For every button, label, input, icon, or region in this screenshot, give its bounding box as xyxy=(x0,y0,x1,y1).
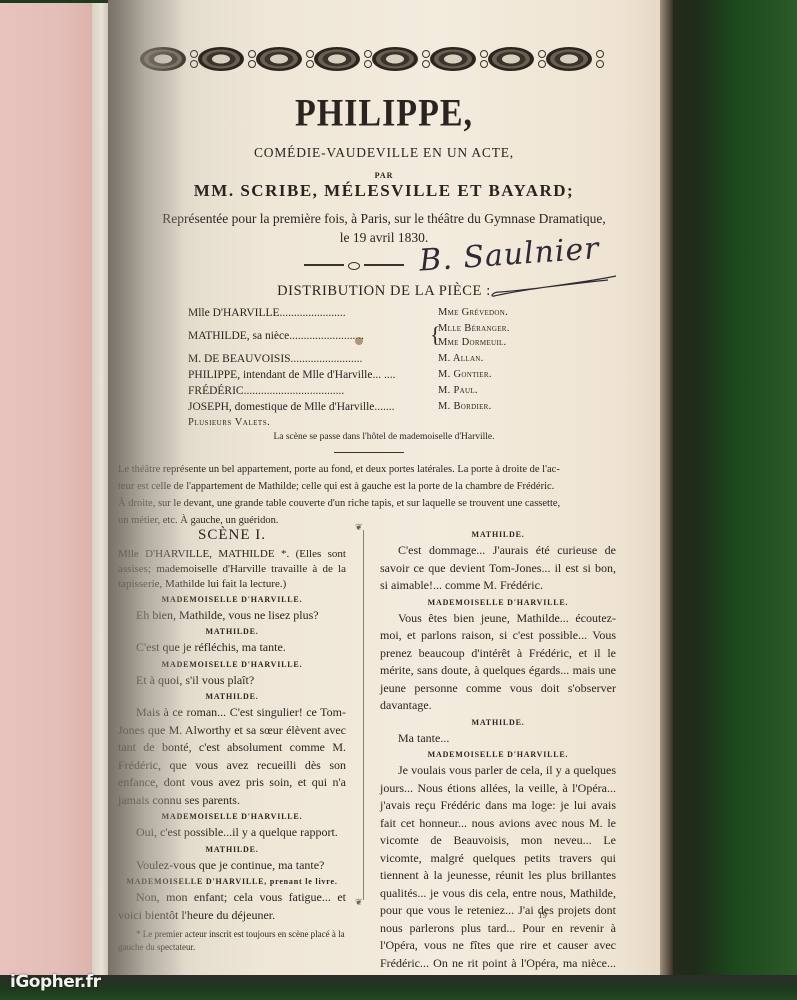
ornament-unit xyxy=(430,47,488,71)
ink-stain xyxy=(355,337,363,345)
speaker-name: MATHILDE. xyxy=(118,690,346,703)
footnote: * Le premier acteur inscrit est toujours… xyxy=(118,928,346,954)
column-ornament: ❦ xyxy=(355,897,363,908)
speaker-name: MADEMOISELLE D'HARVILLE. xyxy=(118,658,346,671)
speaker-name: MATHILDE. xyxy=(380,716,616,729)
speaker-name: MADEMOISELLE D'HARVILLE. xyxy=(380,596,616,609)
dialogue-line: Ma tante... xyxy=(380,730,616,748)
watermark: iGopher.fr xyxy=(10,972,100,992)
dialogue-line: C'est que je réfléchis, ma tante. xyxy=(118,639,346,657)
binding-strip xyxy=(92,3,108,978)
cast-role: Mlle D'HARVILLE....................... xyxy=(188,305,346,321)
par-label: PAR xyxy=(108,171,660,180)
cast-actor: M. Allan. xyxy=(438,351,484,367)
speaker-name: MADEMOISELLE D'HARVILLE, prenant le livr… xyxy=(118,875,346,888)
cast-role: M. DE BEAUVOISIS........................… xyxy=(188,351,362,367)
scene-heading: SCÈNE I. xyxy=(118,527,346,545)
dialogue-line: Mais à ce roman... C'est singulier! ce T… xyxy=(118,704,346,809)
cast-role: MATHILDE, sa nièce......................… xyxy=(188,328,364,344)
authors: MM. SCRIBE, MÉLESVILLE ET BAYARD; xyxy=(108,181,660,201)
ornament-unit xyxy=(546,47,604,71)
setting-line: teur est celle de l'appartement de Mathi… xyxy=(118,478,628,495)
book-page: PHILIPPE, COMÉDIE-VAUDEVILLE EN UN ACTE,… xyxy=(108,0,660,975)
cast-actor: M. Gontier. xyxy=(438,367,492,383)
cast-list: Mlle D'HARVILLE....................... M… xyxy=(188,305,628,431)
stage-setting: Le théâtre représente un bel appartement… xyxy=(118,461,628,529)
setting-line: À droite, sur le devant, une grande tabl… xyxy=(118,495,628,512)
ornament-unit xyxy=(256,47,314,71)
ornament-unit xyxy=(372,47,430,71)
header-ornament xyxy=(140,44,598,74)
cast-row: Plusieurs Valets. xyxy=(188,415,628,431)
ornament-unit xyxy=(140,47,198,71)
right-column: MATHILDE. C'est dommage... J'aurais été … xyxy=(380,527,616,975)
cast-actor: M. Paul. xyxy=(438,383,478,399)
dialogue-line: Oui, c'est possible...il y a quelque rap… xyxy=(118,824,346,842)
cast-role: JOSEPH, domestique de Mlle d'Harville...… xyxy=(188,399,395,415)
cast-row: JOSEPH, domestique de Mlle d'Harville...… xyxy=(188,399,628,415)
dialogue-line: C'est dommage... J'aurais été curieuse d… xyxy=(380,542,616,595)
dialogue-line: Non, mon enfant; cela vous fatigue... et… xyxy=(118,889,346,924)
cast-row: FRÉDÉRIC................................… xyxy=(188,383,628,399)
cast-row: M. DE BEAUVOISIS........................… xyxy=(188,351,628,367)
dialogue-line: Et à quoi, s'il vous plaît? xyxy=(118,672,346,690)
speaker-name: MADEMOISELLE D'HARVILLE. xyxy=(380,748,616,761)
column-divider xyxy=(363,530,364,900)
cast-role: FRÉDÉRIC................................… xyxy=(188,383,344,399)
setting-line: Le théâtre représente un bel appartement… xyxy=(118,461,628,478)
play-subtitle: COMÉDIE-VAUDEVILLE EN UN ACTE, xyxy=(108,145,660,161)
ornament-unit xyxy=(198,47,256,71)
cast-actor: M. Bordier. xyxy=(438,399,492,415)
page-number: 19 xyxy=(538,910,547,920)
cast-extras: Plusieurs Valets. xyxy=(188,415,270,431)
dialogue-line: Voulez-vous que je continue, ma tante? xyxy=(118,857,346,875)
pink-cover-board xyxy=(0,3,93,978)
cast-row: Mlle D'HARVILLE....................... M… xyxy=(188,305,628,321)
left-column: SCÈNE I. Mlle D'HARVILLE, MATHILDE *. (E… xyxy=(118,527,346,963)
performance-note: Représentée pour la première fois, à Par… xyxy=(108,211,660,227)
speaker-name: MADEMOISELLE D'HARVILLE. xyxy=(118,810,346,823)
cast-actor-alternate: Mme Dormeuil. xyxy=(438,335,506,351)
cast-row: MATHILDE, sa nièce......................… xyxy=(188,321,628,351)
play-title: PHILIPPE, xyxy=(108,92,660,136)
speaker-name: MATHILDE. xyxy=(118,625,346,638)
column-ornament: ❦ xyxy=(355,522,363,533)
bottom-table-edge xyxy=(0,975,797,1000)
fleuron-divider xyxy=(304,262,404,268)
stage-direction: Mlle D'HARVILLE, MATHILDE *. (Elles sont… xyxy=(118,547,346,592)
speaker-name: MADEMOISELLE D'HARVILLE. xyxy=(118,593,346,606)
section-rule xyxy=(334,452,404,453)
ornament-unit xyxy=(314,47,372,71)
ornament-unit xyxy=(488,47,546,71)
dialogue-line: Je voulais vous parler de cela, il y a q… xyxy=(380,762,616,975)
speaker-name: MATHILDE. xyxy=(380,528,616,541)
speaker-name: MATHILDE. xyxy=(118,843,346,856)
cast-role: PHILIPPE, intendant de Mlle d'Harville..… xyxy=(188,367,395,383)
photo-scene: PHILIPPE, COMÉDIE-VAUDEVILLE EN UN ACTE,… xyxy=(0,0,797,1000)
dialogue-line: Eh bien, Mathilde, vous ne lisez plus? xyxy=(118,607,346,625)
scene-location: La scène se passe dans l'hôtel de mademo… xyxy=(108,432,660,442)
distribution-title: DISTRIBUTION DE LA PIÈCE : xyxy=(108,283,660,300)
cast-actor: Mme Grévedon. xyxy=(438,305,508,321)
cast-row: PHILIPPE, intendant de Mlle d'Harville..… xyxy=(188,367,628,383)
dialogue-line: Vous êtes bien jeune, Mathilde... écoute… xyxy=(380,610,616,715)
